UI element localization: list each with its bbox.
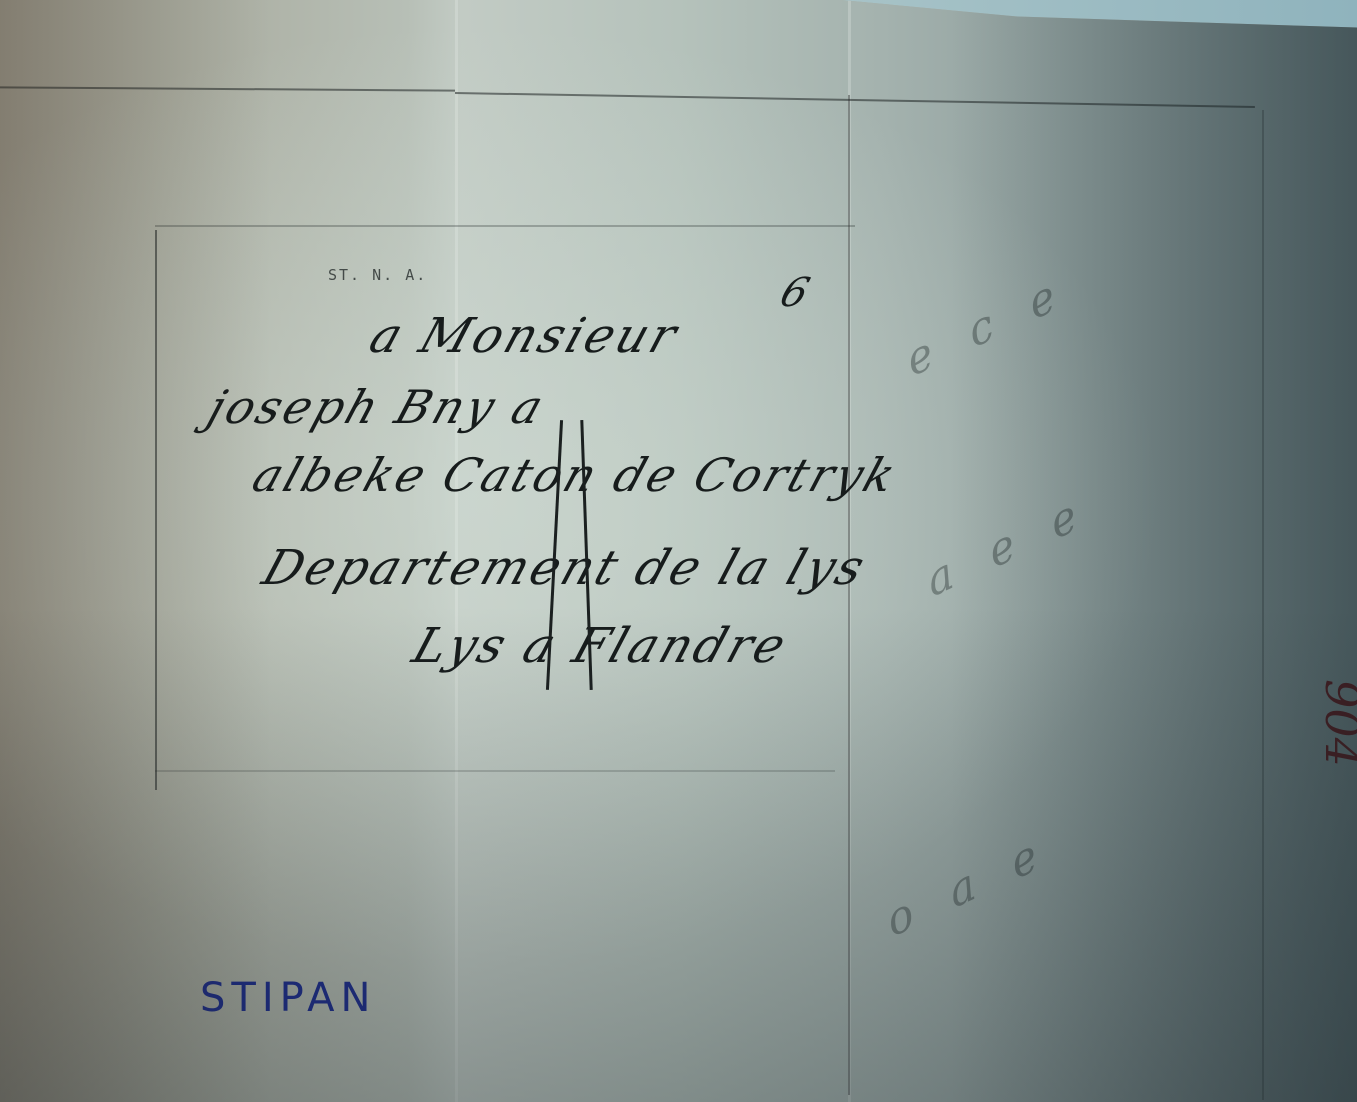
bleed-through-text: e c e [901, 264, 1073, 388]
cross-stroke [580, 420, 592, 690]
cross-stroke [546, 420, 563, 690]
archive-stamp: STIPAN [200, 975, 376, 1021]
border-line [1262, 110, 1264, 1100]
margin-note: 904 [1315, 679, 1357, 767]
address-line-1: a Monsieur [363, 308, 686, 364]
fold-line [455, 0, 458, 1102]
letter-sheet: ST. N. A. 6 a Monsieur joseph Bny a albe… [0, 0, 1357, 1102]
border-line [155, 770, 835, 772]
border-line [0, 86, 455, 91]
address-line-2: joseph Bny a [201, 380, 552, 434]
postal-mark: ST. N. A. [328, 266, 427, 284]
postage-mark: 6 [775, 270, 818, 316]
address-line-3: albeke Caton de Cortryk [246, 448, 905, 502]
address-line-5: Lys a Flandre [406, 618, 795, 674]
border-line [455, 92, 1255, 108]
bleed-through-text: a e e [922, 483, 1095, 608]
address-line-4: Departement de la lys [256, 540, 874, 596]
bleed-through-text: o a e [882, 823, 1056, 948]
border-line [155, 230, 157, 790]
fold-line [848, 0, 851, 1102]
border-line [155, 225, 855, 227]
border-line [848, 95, 850, 1095]
